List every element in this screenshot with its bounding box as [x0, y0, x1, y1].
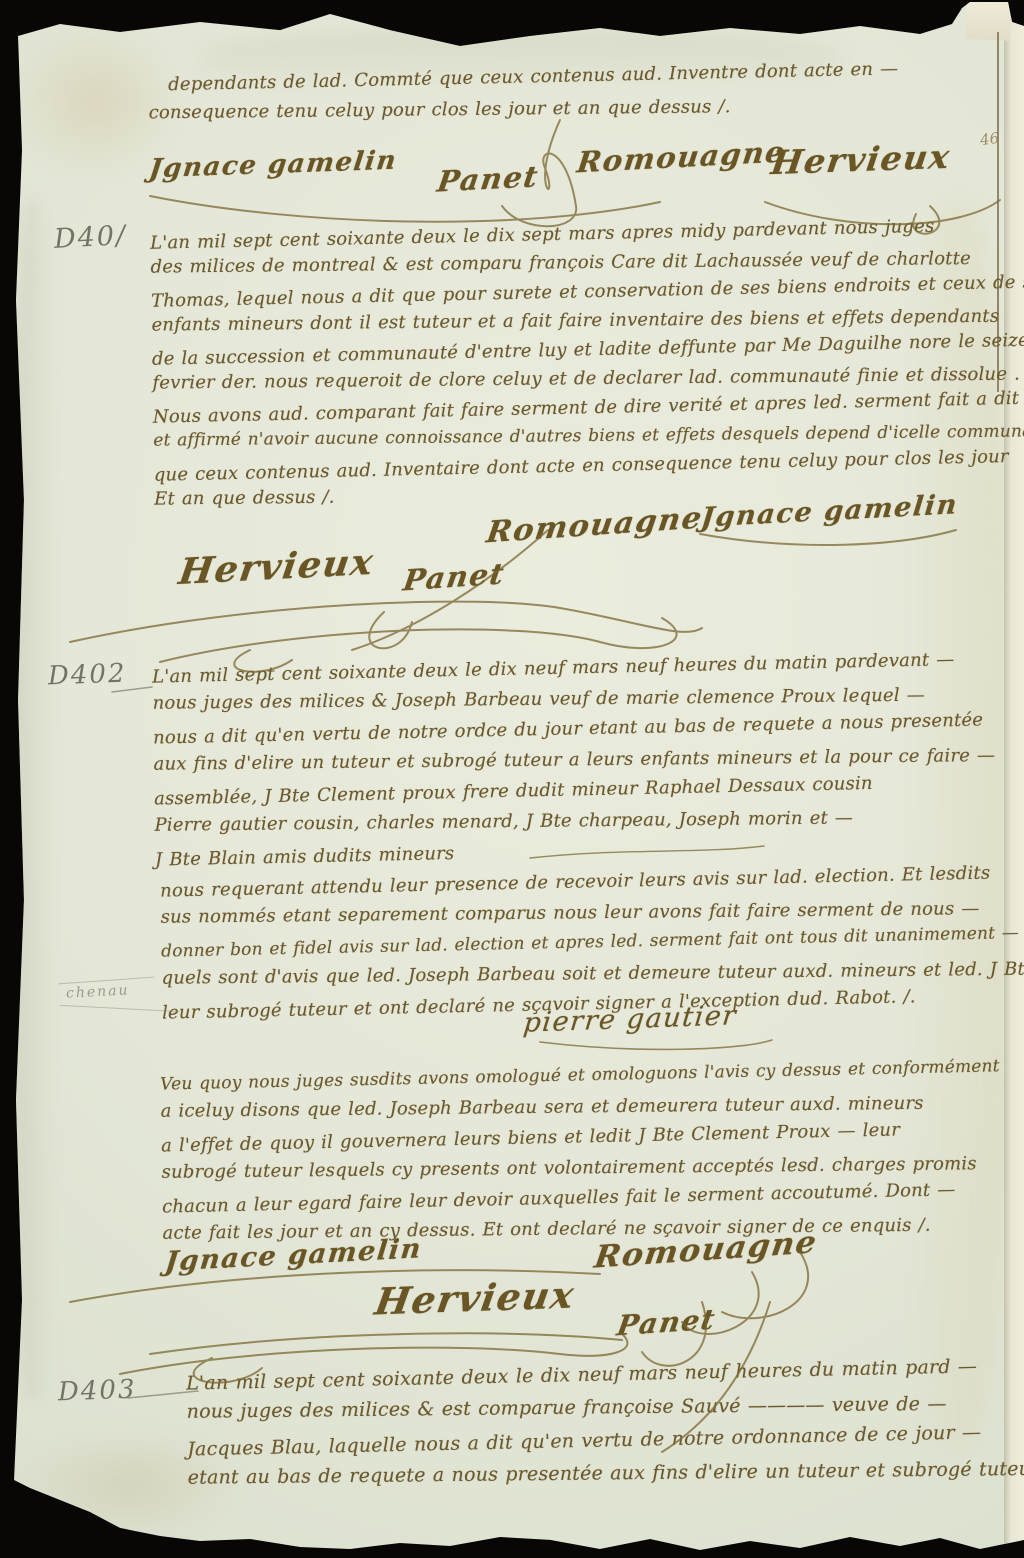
margin-label-d402: D402 [48, 659, 127, 692]
paragraph-d402-election: L'an mil sept cent soixante deux le dix … [152, 651, 997, 878]
margin-label-d403: D403 [58, 1375, 137, 1408]
signature-panet: Panet [401, 557, 507, 598]
signature-panet: Panet [615, 1303, 719, 1343]
signature-panet: Panet [435, 159, 541, 198]
paragraph-closing: dependants de lad. Commté que ceux conte… [168, 61, 899, 136]
signature-hervieux: Hervieux [176, 541, 377, 593]
stain [10, 200, 56, 1400]
signature-hervieux: Hervieux [372, 1273, 578, 1324]
signature-romouagne: Romouagne [575, 135, 788, 180]
signature-gautier: pierre gautier [522, 1000, 739, 1038]
signature-gamelin: Jgnace gamelin [148, 146, 399, 185]
paragraph-d401: L'an mil sept cent soixante deux le dix … [150, 216, 1024, 520]
page-number: 46 [979, 129, 1000, 149]
pencil-note: chenau [66, 982, 130, 1001]
paper-tab [965, 1, 1010, 41]
paragraph-d403: L'an mil sept cent soixante deux le dix … [186, 1357, 1024, 1502]
text-line: consequence tenu celuy pour clos les jou… [149, 94, 900, 134]
signature-hervieux: Hervieux [769, 137, 953, 182]
manuscript-page: 46 dependants de lad. Commté que ceux co… [0, 0, 1024, 1558]
scan-background: 46 dependants de lad. Commté que ceux co… [0, 0, 1024, 1558]
paragraph-d402-homologation: Veu quoy nous juges susdits avons omolog… [160, 1059, 1003, 1255]
margin-label-d401: D40/ [53, 220, 128, 255]
